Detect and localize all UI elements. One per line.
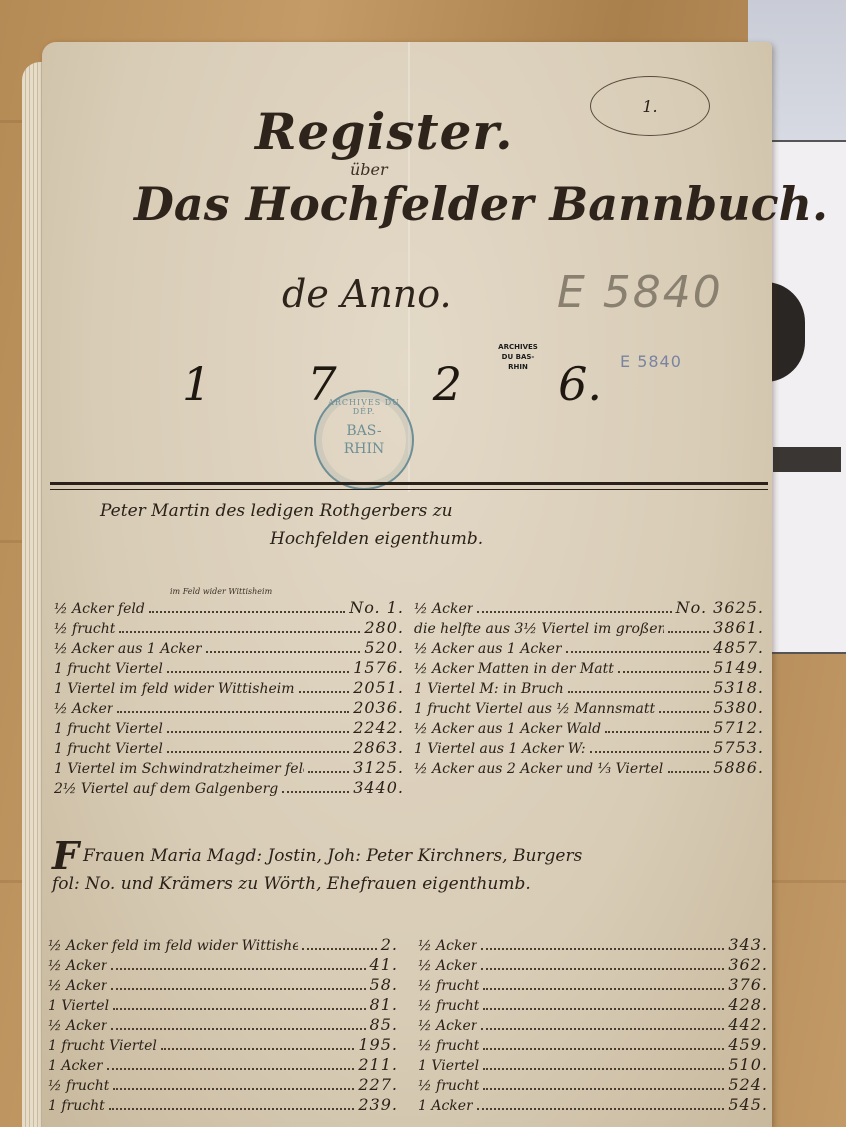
ledger-column-right: ½ AckerNo. 3625 die helfte aus 3½ Vierte… (414, 598, 764, 778)
owner-heading: Peter Martin des ledigen Rothgerbers zu … (100, 497, 760, 553)
ledger-row: 1 Viertel aus 1 Acker W:5753 (414, 738, 764, 758)
parcel-number: 5149 (713, 658, 764, 677)
ledger-row: 1 Viertel510 (418, 1055, 768, 1075)
small-stamp-line: ARCHIVES (492, 342, 544, 352)
parcel-number: 211 (358, 1055, 398, 1074)
leader-dots (483, 1008, 724, 1010)
parcel-number: 428 (728, 995, 768, 1014)
leader-dots (111, 968, 365, 970)
leader-dots (149, 611, 345, 613)
parcel-number: 5886 (713, 758, 764, 777)
year-digit: 6. (558, 357, 602, 411)
parcel-description: ½ frucht (54, 621, 115, 637)
leader-dots (566, 651, 710, 653)
parcel-description: 1 Acker (48, 1058, 103, 1074)
parcel-description: ½ Acker feld im feld wider Wittisheim (48, 938, 298, 954)
parcel-number: 2 (381, 935, 398, 954)
leader-dots (167, 671, 349, 673)
divider-rule (50, 482, 768, 485)
ledger-row: ½ frucht524 (418, 1075, 768, 1095)
ledger-row: 1 Viertel81 (48, 995, 398, 1015)
folio-number-text: 1. (642, 97, 657, 116)
parcel-number: 2863 (353, 738, 404, 757)
owner-line: Peter Martin des ledigen Rothgerbers zu (100, 497, 760, 525)
parcel-number: 280 (364, 618, 404, 637)
parcel-description: ½ frucht (418, 998, 479, 1014)
ledger-row: 1 Viertel im feld wider Wittisheim2051 (54, 678, 404, 698)
parcel-description: ½ Acker (48, 958, 107, 974)
leader-dots (167, 731, 349, 733)
parcel-number: 41 (370, 955, 398, 974)
parcel-description: 1 frucht Viertel (54, 661, 163, 677)
parcel-description: ½ Acker aus 1 Acker Wald (414, 721, 601, 737)
ledger-row: ½ Acker feld im feld wider Wittisheim2 (48, 935, 398, 955)
ledger-row: 1 frucht Viertel1576 (54, 658, 404, 678)
ledger-row: 1 frucht Viertel2863 (54, 738, 404, 758)
parcel-description: 1 Acker (418, 1098, 473, 1114)
parcel-description: 1 frucht (48, 1098, 105, 1114)
ledger-row: 1 Viertel im Schwindratzheimer feld3125 (54, 758, 404, 778)
ledger-column-right: ½ Acker343 ½ Acker362 ½ frucht376 ½ fruc… (418, 935, 768, 1115)
leader-dots (206, 651, 361, 653)
leader-dots (119, 631, 360, 633)
parcel-number: 85 (370, 1015, 398, 1034)
ledger-row: 1 Acker211 (48, 1055, 398, 1075)
leader-dots (109, 1108, 355, 1110)
parcel-number: 376 (728, 975, 768, 994)
title-main: Das Hochfelder Bannbuch. (134, 177, 694, 231)
leader-dots (605, 731, 709, 733)
ledger-row: ½ Acker362 (418, 955, 768, 975)
parcel-number: 195 (358, 1035, 398, 1054)
parcel-description: 1 Viertel (418, 1058, 479, 1074)
owner-line: fol: No. und Krämers zu Wörth, Ehefrauen… (52, 870, 712, 898)
owner-line: FFrauen Maria Magd: Jostin, Joh: Peter K… (52, 842, 712, 870)
title-register: Register. (255, 102, 495, 161)
calibration-bar (773, 447, 841, 472)
parcel-description: die helfte aus 3½ Viertel im großen Eich… (414, 621, 664, 637)
parcel-number: 58 (370, 975, 398, 994)
small-stamp-line: DU BAS-RHIN (492, 352, 544, 372)
leader-dots (111, 988, 365, 990)
stamp-center-line: RHIN (316, 440, 412, 458)
ledger-row: ½ frucht459 (418, 1035, 768, 1055)
ledger-row: ½ Acker2036 (54, 698, 404, 718)
ledger-row: 1 frucht239 (48, 1095, 398, 1115)
ledger-row: ½ Acker aus 2 Acker und ⅓ Viertel W:5886 (414, 758, 764, 778)
parcel-description: 1 Viertel M: in Bruch (414, 681, 564, 697)
parcel-description: ½ Acker feld (54, 601, 145, 617)
leader-dots (308, 771, 349, 773)
parcel-number: 1576 (353, 658, 404, 677)
parcel-number: 2036 (353, 698, 404, 717)
leader-dots (659, 711, 709, 713)
parcel-number: 5753 (713, 738, 764, 757)
parcel-description: ½ Acker (414, 601, 473, 617)
ledger-row: ½ Acker58 (48, 975, 398, 995)
parcel-description: ½ Acker Matten in der Matt (414, 661, 614, 677)
ledger-row: ½ frucht376 (418, 975, 768, 995)
parcel-number: No. 3625 (676, 598, 764, 617)
parcel-number: 3125 (353, 758, 404, 777)
leader-dots (483, 988, 724, 990)
leader-dots (481, 968, 724, 970)
leader-dots (111, 1028, 365, 1030)
ledger-row: ½ Acker41 (48, 955, 398, 975)
parcel-description: ½ frucht (418, 1038, 479, 1054)
parcel-description: 1 Viertel im Schwindratzheimer feld (54, 761, 304, 777)
year-digit: 2 (433, 357, 462, 411)
archive-round-stamp: ARCHIVES DU DÉP. BAS- RHIN (314, 390, 414, 490)
ledger-row: ½ frucht428 (418, 995, 768, 1015)
parcel-description: 1 Viertel aus 1 Acker W: (414, 741, 586, 757)
parcel-description: ½ Acker (54, 701, 113, 717)
ledger-row: 1 Viertel M: in Bruch5318 (414, 678, 764, 698)
ledger-column-left: ½ Acker feldNo. 1 ½ frucht280 ½ Acker au… (54, 598, 404, 798)
ledger-row: 2½ Viertel auf dem Galgenberg3440 (54, 778, 404, 798)
parcel-number: 2051 (353, 678, 404, 697)
leader-dots (161, 1048, 354, 1050)
parcel-number: 510 (728, 1055, 768, 1074)
parcel-number: 545 (728, 1095, 768, 1114)
parcel-description: ½ Acker aus 2 Acker und ⅓ Viertel W: (414, 761, 664, 777)
ledger-row: ½ Acker aus 1 Acker Wald5712 (414, 718, 764, 738)
ledger-row: ½ frucht280 (54, 618, 404, 638)
parcel-description: ½ Acker aus 1 Acker (54, 641, 202, 657)
stamp-ring-text: ARCHIVES DU DÉP. (316, 398, 412, 416)
blue-shelfmark-stamp: E 5840 (620, 352, 682, 371)
ledger-row: die helfte aus 3½ Viertel im großen Eich… (414, 618, 764, 638)
parcel-description: 1 Viertel im feld wider Wittisheim (54, 681, 295, 697)
parcel-description: ½ frucht (48, 1078, 109, 1094)
parcel-number: 3861 (713, 618, 764, 637)
parcel-number: No. 1 (349, 598, 404, 617)
parcel-description: 2½ Viertel auf dem Galgenberg (54, 781, 278, 797)
ledger-row: ½ Acker85 (48, 1015, 398, 1035)
parcel-number: 442 (728, 1015, 768, 1034)
parcel-description: 1 Viertel (48, 998, 109, 1014)
owner-heading: FFrauen Maria Magd: Jostin, Joh: Peter K… (52, 842, 712, 898)
ledger-row: 1 frucht Viertel2242 (54, 718, 404, 738)
ledger-row: ½ Acker aus 1 Acker4857 (414, 638, 764, 658)
folio-number: 1. (590, 76, 710, 136)
parcel-description: 1 frucht Viertel (54, 741, 163, 757)
ledger-row: ½ Acker Matten in der Matt5149 (414, 658, 764, 678)
parcel-number: 5318 (713, 678, 764, 697)
parcel-number: 524 (728, 1075, 768, 1094)
owner-line: Hochfelden eigenthumb. (100, 525, 760, 553)
parcel-description: ½ Acker (418, 1018, 477, 1034)
ledger-row: ½ Acker aus 1 Acker520 (54, 638, 404, 658)
leader-dots (107, 1068, 355, 1070)
leader-dots (299, 691, 350, 693)
leader-dots (477, 611, 671, 613)
leader-dots (568, 691, 709, 693)
title-de-anno: de Anno. (282, 272, 452, 316)
leader-dots (668, 771, 709, 773)
ledger-row: 1 frucht Viertel195 (48, 1035, 398, 1055)
parcel-description: 1 frucht Viertel (54, 721, 163, 737)
leader-dots (481, 1028, 724, 1030)
leader-dots (590, 751, 710, 753)
ledger-row: ½ Acker feldNo. 1 (54, 598, 404, 618)
parcel-number: 81 (370, 995, 398, 1014)
leader-dots (483, 1048, 724, 1050)
parcel-description: 1 frucht Viertel aus ½ Mannsmatt (414, 701, 655, 717)
leader-dots (282, 791, 349, 793)
parcel-number: 5712 (713, 718, 764, 737)
leader-dots (668, 631, 709, 633)
parcel-number: 459 (728, 1035, 768, 1054)
parcel-number: 520 (364, 638, 404, 657)
parcel-number: 239 (358, 1095, 398, 1114)
parcel-number: 5380 (713, 698, 764, 717)
parcel-description: ½ Acker (418, 958, 477, 974)
pencil-shelfmark: E 5840 (557, 267, 723, 318)
stamp-center-text: BAS- RHIN (316, 422, 412, 458)
parcel-description: ½ Acker aus 1 Acker (414, 641, 562, 657)
leader-dots (483, 1068, 724, 1070)
stamp-center-line: BAS- (316, 422, 412, 440)
owner-line-text: Frauen Maria Magd: Jostin, Joh: Peter Ki… (83, 846, 582, 866)
parcel-number: 2242 (353, 718, 404, 737)
leader-dots (481, 948, 724, 950)
parcel-description: ½ frucht (418, 1078, 479, 1094)
leader-dots (113, 1008, 365, 1010)
manuscript-page: 1. Register. über Das Hochfelder Bannbuc… (42, 42, 772, 1127)
leader-dots (302, 948, 377, 950)
leader-dots (477, 1108, 725, 1110)
ledger-row: ½ frucht227 (48, 1075, 398, 1095)
parcel-number: 343 (728, 935, 768, 954)
parcel-description: 1 frucht Viertel (48, 1038, 157, 1054)
ledger-column-left: ½ Acker feld im feld wider Wittisheim2 ½… (48, 935, 398, 1115)
parcel-description: ½ Acker (48, 1018, 107, 1034)
archive-small-stamp: ARCHIVES DU BAS-RHIN (492, 342, 544, 372)
year-digit: 1 (182, 357, 211, 411)
ledger-row: ½ Acker343 (418, 935, 768, 955)
divider-rule (50, 489, 768, 490)
ledger-row: ½ AckerNo. 3625 (414, 598, 764, 618)
leader-dots (483, 1088, 724, 1090)
parcel-number: 362 (728, 955, 768, 974)
leader-dots (113, 1088, 354, 1090)
leader-dots (117, 711, 349, 713)
leader-dots (167, 751, 349, 753)
leader-dots (618, 671, 709, 673)
parcel-number: 4857 (713, 638, 764, 657)
parcel-description: ½ Acker (418, 938, 477, 954)
marginal-annotation: im Feld wider Wittisheim (170, 587, 272, 596)
parcel-number: 3440 (353, 778, 404, 797)
parcel-number: 227 (358, 1075, 398, 1094)
ledger-row: ½ Acker442 (418, 1015, 768, 1035)
parcel-description: ½ frucht (418, 978, 479, 994)
ledger-row: 1 frucht Viertel aus ½ Mannsmatt5380 (414, 698, 764, 718)
ledger-row: 1 Acker545 (418, 1095, 768, 1115)
parcel-description: ½ Acker (48, 978, 107, 994)
